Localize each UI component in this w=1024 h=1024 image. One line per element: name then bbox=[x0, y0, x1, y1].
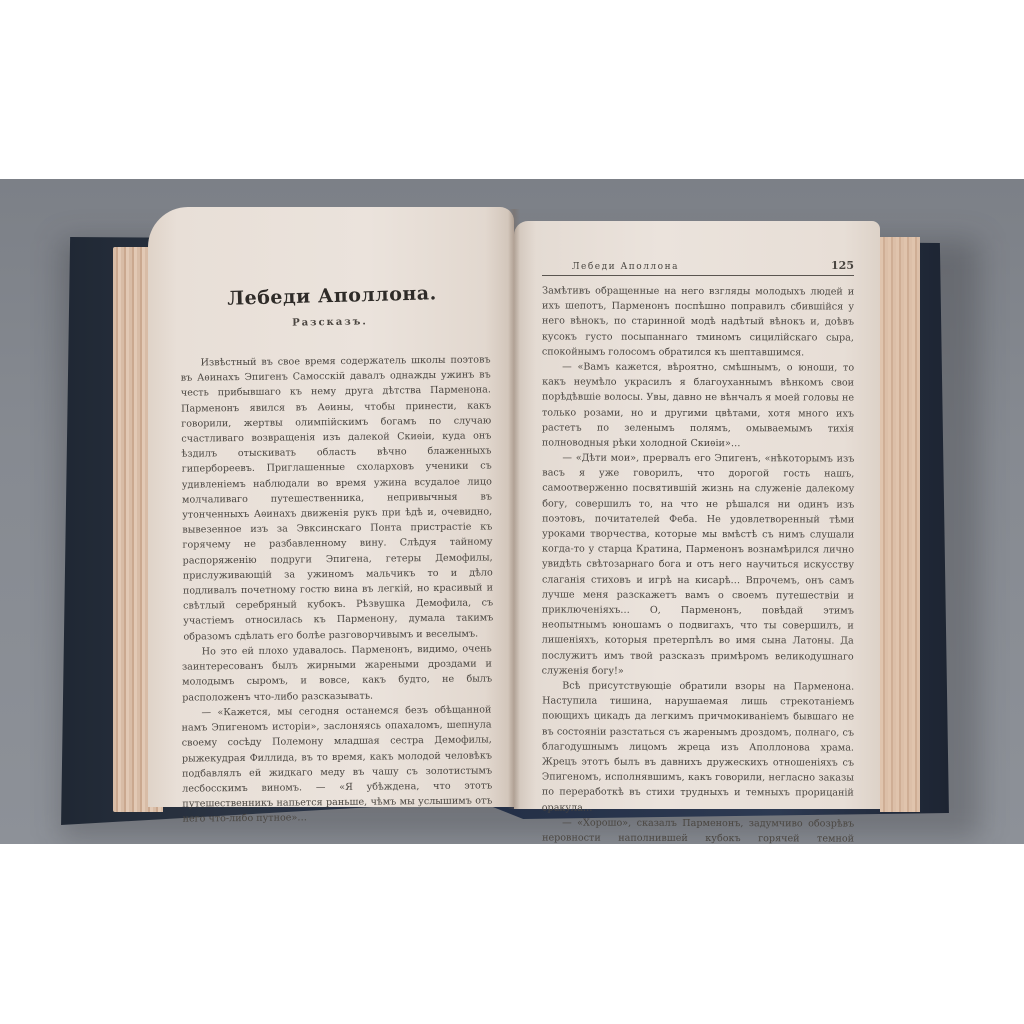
running-head-title: Лебеди Аполлона bbox=[572, 262, 679, 272]
photo-background: Лебеди Аполлона. Разсказъ. Извѣстный въ … bbox=[0, 179, 1024, 844]
paragraph: — «Хорошо», сказалъ Парменонъ, задумчиво… bbox=[542, 816, 854, 844]
paragraph: — «Вамъ кажется, вѣроятно, смѣшнымъ, о ю… bbox=[542, 359, 854, 451]
book-gutter bbox=[508, 209, 520, 809]
paragraph: Замѣтивъ обращенные на него взгляды моло… bbox=[542, 283, 854, 360]
right-page: Лебеди Аполлона 125 Замѣтивъ обращенные … bbox=[514, 221, 880, 809]
story-title: Лебеди Аполлона. bbox=[172, 281, 492, 311]
running-header: Лебеди Аполлона 125 bbox=[542, 259, 854, 276]
paragraph: — «Дѣти мои», прервалъ его Эпигенъ, «нѣк… bbox=[542, 451, 855, 680]
page-number: 125 bbox=[831, 259, 854, 272]
right-page-stack-edge bbox=[880, 237, 920, 812]
paragraph: Всѣ присутствующіе обратили взоры на Пар… bbox=[542, 679, 854, 817]
paragraph: — «Кажется, мы сегодня останемся безъ об… bbox=[181, 702, 492, 827]
story-subtitle: Разсказъ. bbox=[168, 314, 492, 331]
paragraph: Извѣстный въ свое время содержатель школ… bbox=[180, 352, 493, 644]
paragraph: Но это ей плохо удавалось. Парменонъ, ви… bbox=[182, 641, 493, 705]
left-page: Лебеди Аполлона. Разсказъ. Извѣстный въ … bbox=[148, 207, 514, 807]
